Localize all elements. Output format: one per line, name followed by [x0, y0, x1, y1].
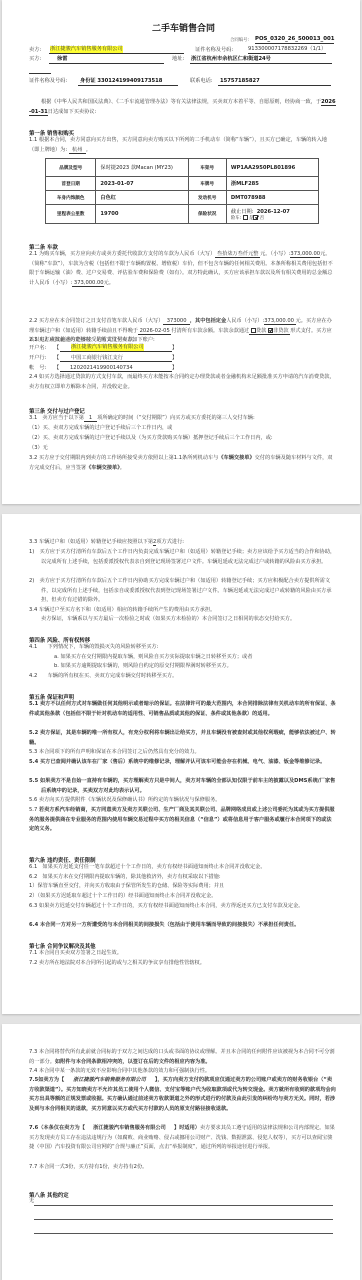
clause-7-5: 7.5如卖方为【 浙江捷骏汽车销售服务有限公司 】，买方向卖方支付的款项应仅通过… — [29, 1076, 336, 1114]
clause-5-2: 5.2 卖方保证，其是车辆的唯一所有权人，有充分权利将车辆出让给买方，并且车辆没… — [29, 729, 336, 748]
buyer-phone: 15757185827 — [220, 78, 260, 85]
transfer-city: 杭州 — [72, 147, 82, 153]
first-payment: 373000 — [167, 318, 187, 324]
color-label: 车身内饰颜色 — [46, 191, 96, 205]
clause-5-7: 5.7 若卖方系汽车经销商，买方同意卖方及卖方关联公司、生产厂商及其关联公司、品… — [29, 806, 336, 835]
clause-1-1: 1.1 根据本合同，卖方同意向买方出售，买方同意向卖方购买以下所列的二手机动车（… — [29, 136, 336, 155]
seller-label: 卖方: — [29, 47, 41, 54]
clause-7-7: 7.7 本合同一式3份，买方持有1份，卖方持有2份。 — [29, 1163, 336, 1173]
clause-5-6: 5.6 卖方向买方提供附件《车辆状况及保修确认书》所约定的车辆状况与保修服务。 — [29, 796, 336, 806]
blank-line-1 — [34, 1205, 333, 1206]
mileage-value: 19700 — [96, 205, 188, 224]
buyer-label: 买方: — [29, 56, 41, 63]
clause-2-1: 2.1 为购买车辆，买方应向卖方或卖方委托代收款方支付的车款为人民币（大写） 叁… — [29, 250, 336, 288]
vin-value: WP1AA2950PL801896 — [226, 159, 318, 177]
seller-name: 浙江捷骏汽车销售服务有限公司 — [50, 46, 123, 53]
clause-4-1-b: b. 如果买方逾期提取车辆的，则风险自约定的原交付期限界满时转移至买方。 — [29, 662, 336, 672]
clause-5-4: 5.4 买方已查阅并确认该车在厂家（售后）系统中的维修记录，理解并认可该车可能会… — [29, 758, 336, 768]
clause-6-4: 6.4 本合同一方对另一方所遭受的与本合同相关的间接损失（包括由于使用车辆而导致… — [29, 921, 336, 931]
clause-4-1: 4.1 下列情况下，车辆的毁损灭失的风险转移至买方: — [29, 643, 336, 653]
address-label: 地址: — [172, 56, 184, 63]
clause-7-3: 7.3 本合同将替代所有此前就合同标的于双方之间达成的口头或书面的协议或理解。并… — [29, 1048, 336, 1067]
clause-3-4-guarantee: 卖方保证，车辆系以与买方最后一次检验之时或（如果买方未检验的）本合同签订之日相同… — [29, 615, 336, 625]
accident-no-checkbox[interactable] — [253, 215, 258, 220]
accident-yes-checkbox[interactable] — [243, 215, 248, 220]
insurance-expiry: 2026-12-07 — [257, 209, 290, 215]
clause-3-1-item-2: （2）买、卖双方完成车辆的过户登记手续以及（为买方贷款购买车辆）抵押登记手续后三… — [29, 434, 336, 444]
account-no: 1202021419900140734 — [70, 365, 133, 372]
blank-line-3 — [34, 1233, 333, 1234]
color-value: 白色红 — [96, 191, 188, 205]
contract-no-label: 合同编号: — [230, 37, 249, 44]
contract-no: POS_0320_26_500013_001 — [255, 36, 334, 44]
clause-6-2-item-1: 1）保管车辆直至交付，并向买方收取由于保管所发生的仓储、保险等实际费用；并且 — [29, 882, 336, 892]
seller-id-label: 证件名称及号码: — [195, 47, 233, 54]
document-title: 二手车销售合同 — [152, 21, 215, 34]
account-name-label: 开户名: — [29, 345, 46, 352]
phone-label: 联系电话: — [190, 78, 213, 85]
buyer-id: 330124199409173518 — [97, 78, 162, 84]
clause-4-2: 4.2 车辆的所有权在买、卖双方完成车辆交付时转移至买方。 — [29, 672, 336, 682]
clause-5-3: 5.3 本合同项下的所有声明和保证在本合同签订之后仍然具有充分的效力。 — [29, 748, 336, 758]
payment-deadline: 2026-02-05 — [140, 328, 170, 334]
engine-label: 发动机号 — [188, 191, 226, 205]
mileage-label: 里程表公里数 — [46, 205, 96, 224]
article-8-heading: 第八条 其他约定 — [29, 1191, 69, 1199]
clause-7-6: 7.6（本条仅在卖方为【 浙江捷骏汽车销售服务有限公司 】时适用）卖方要求其员工… — [29, 1124, 336, 1153]
amount-upper: 叁拾柒万叁仟元整 — [217, 251, 259, 257]
buyer-id-label: 证件名称及号码: — [29, 78, 67, 85]
clause-7-2: 7.2 卖方所在地法院对本合同所引起的或与之相关的争议享有排他性管辖权。 — [29, 959, 336, 969]
account-name: 浙江捷骏汽车销售服务有限公司 — [71, 344, 144, 351]
clause-3-1-item-1: （1）买、卖双方完成车辆的过户登记手续后三个工作日内，或 — [29, 424, 336, 434]
preamble: 根据《中华人民共和国民法典》、《二手车流通管理办法》等有关法律法规，买卖双方本着… — [29, 98, 336, 117]
buyer-name: 徐雷 — [57, 56, 67, 63]
engine-value: DMT078988 — [226, 191, 318, 205]
non-loan-checkbox[interactable] — [268, 328, 273, 333]
clause-5-5: 5.5 如果卖方不是自始一直持有车辆的，买方理解卖方只是中间人，卖方对车辆的全部… — [29, 777, 336, 796]
account-no-label: 帐 号: — [29, 365, 46, 372]
document-page-2: 3.3 车辆过户和（如适用）转籍登记手续应按照以下第2项方式进行: 1) 买方应… — [2, 514, 360, 1014]
brand-label: 品牌及型号 — [46, 159, 96, 177]
buyer-id-type: 身份证 — [80, 78, 96, 84]
brand-value: 保时捷2023 款Macan (MY23) — [96, 159, 188, 177]
plate-label: 车牌号 — [188, 177, 226, 191]
insurance-label: 保险状况 — [188, 205, 226, 224]
buyer-address: 浙江省杭州市余杭区仁和街道24号 — [191, 56, 271, 63]
insurance-value: 截止日期: 2026-12-07 险车: 是 否 — [226, 205, 318, 224]
clause-3-1-item-3: （3）无 — [29, 444, 336, 454]
loan-checkbox[interactable] — [251, 328, 256, 333]
seller-id: 913300007178832269（1/1） — [248, 46, 326, 54]
document-page-3: 7.3 本合同将替代所有此前就合同标的于双方之间达成的口头或书面的协议或理解。并… — [2, 1024, 360, 1280]
clause-3-1: 3.1 卖方应当于以下第 1 项所确定的时间（“交付期限”）向买方或买方委托的第… — [29, 414, 336, 424]
clause-6-3: 6.3 如果卖方迟延交付车辆超过十个工作日的，买方有权经书面通知而终止本合同，卖… — [29, 902, 336, 912]
bank-name: 中国工商银行钱江支行 — [71, 355, 123, 362]
bank-label: 开户行: — [29, 355, 46, 362]
reg-date-value: 2023-01-07 — [96, 177, 188, 191]
reg-date-label: 首登日期 — [46, 177, 96, 191]
delivery-option: 1 — [89, 415, 92, 421]
clause-6-2-item-2: 2）（如果买方迟延取车超过十个工作日的）经书面通知而终止本合同并没收定金。 — [29, 892, 336, 902]
plate-value: 浙MLF285 — [226, 177, 318, 191]
clause-7-1: 7.1 本合同自买卖双方签署之日起生效。 — [29, 949, 336, 959]
blank-line-2 — [34, 1219, 333, 1220]
clause-6-1: 6.1 如果买方迟延支付任一笔车款超过十个工作日的，卖方有权经书面通知而终止本合… — [29, 863, 336, 873]
clause-3-3-item-1: 1) 买方应于买方付清所有车款后五个工作日内负责完成车辆过户和（如适用）转籍登记… — [29, 548, 336, 567]
clause-2-4: 2.4 如买方选择通过贷款的方式支付车款，而最终买方未能按本合同约定办理贷款或者… — [29, 373, 336, 392]
total-amount: 373,000.00 — [74, 280, 104, 286]
amount-lower: 373,000.00 — [290, 251, 320, 258]
document-page-1: 二手车销售合同 合同编号: POS_0320_26_500013_001 卖方:… — [2, 0, 360, 504]
clause-7-6-company: 浙江捷骏汽车销售服务有限公司 — [93, 1125, 166, 1131]
clause-3-3-item-2: 2) 卖方应于买方付清所有车款后五个工作日内协助买方完成车辆过户和（如适用）转籍… — [29, 577, 336, 606]
clause-3-3: 3.3 车辆过户和（如适用）转籍登记手续应按照以下第2项方式进行: — [29, 538, 336, 548]
clause-5-1: 5.1 卖方不以任何方式对车辆做任何其他明示或者暗示的保证。在法律许可的最大范围… — [29, 700, 336, 719]
vin-label: 车架号 — [188, 159, 226, 177]
other-terms-content: 无 — [29, 1198, 34, 1205]
deposit-amount: 373,000.00 — [264, 318, 294, 324]
clause-7-5-company: 浙江捷骏汽车销售服务有限公司 — [73, 1077, 146, 1083]
vehicle-info-table: 品牌及型号 保时捷2023 款Macan (MY23) 车架号 WP1AA295… — [45, 158, 319, 224]
clause-3-2: 3.2 买方应于交付期限内到卖方的工作场所接受卖方依照以上第1.1条所列机动车与… — [29, 454, 336, 473]
